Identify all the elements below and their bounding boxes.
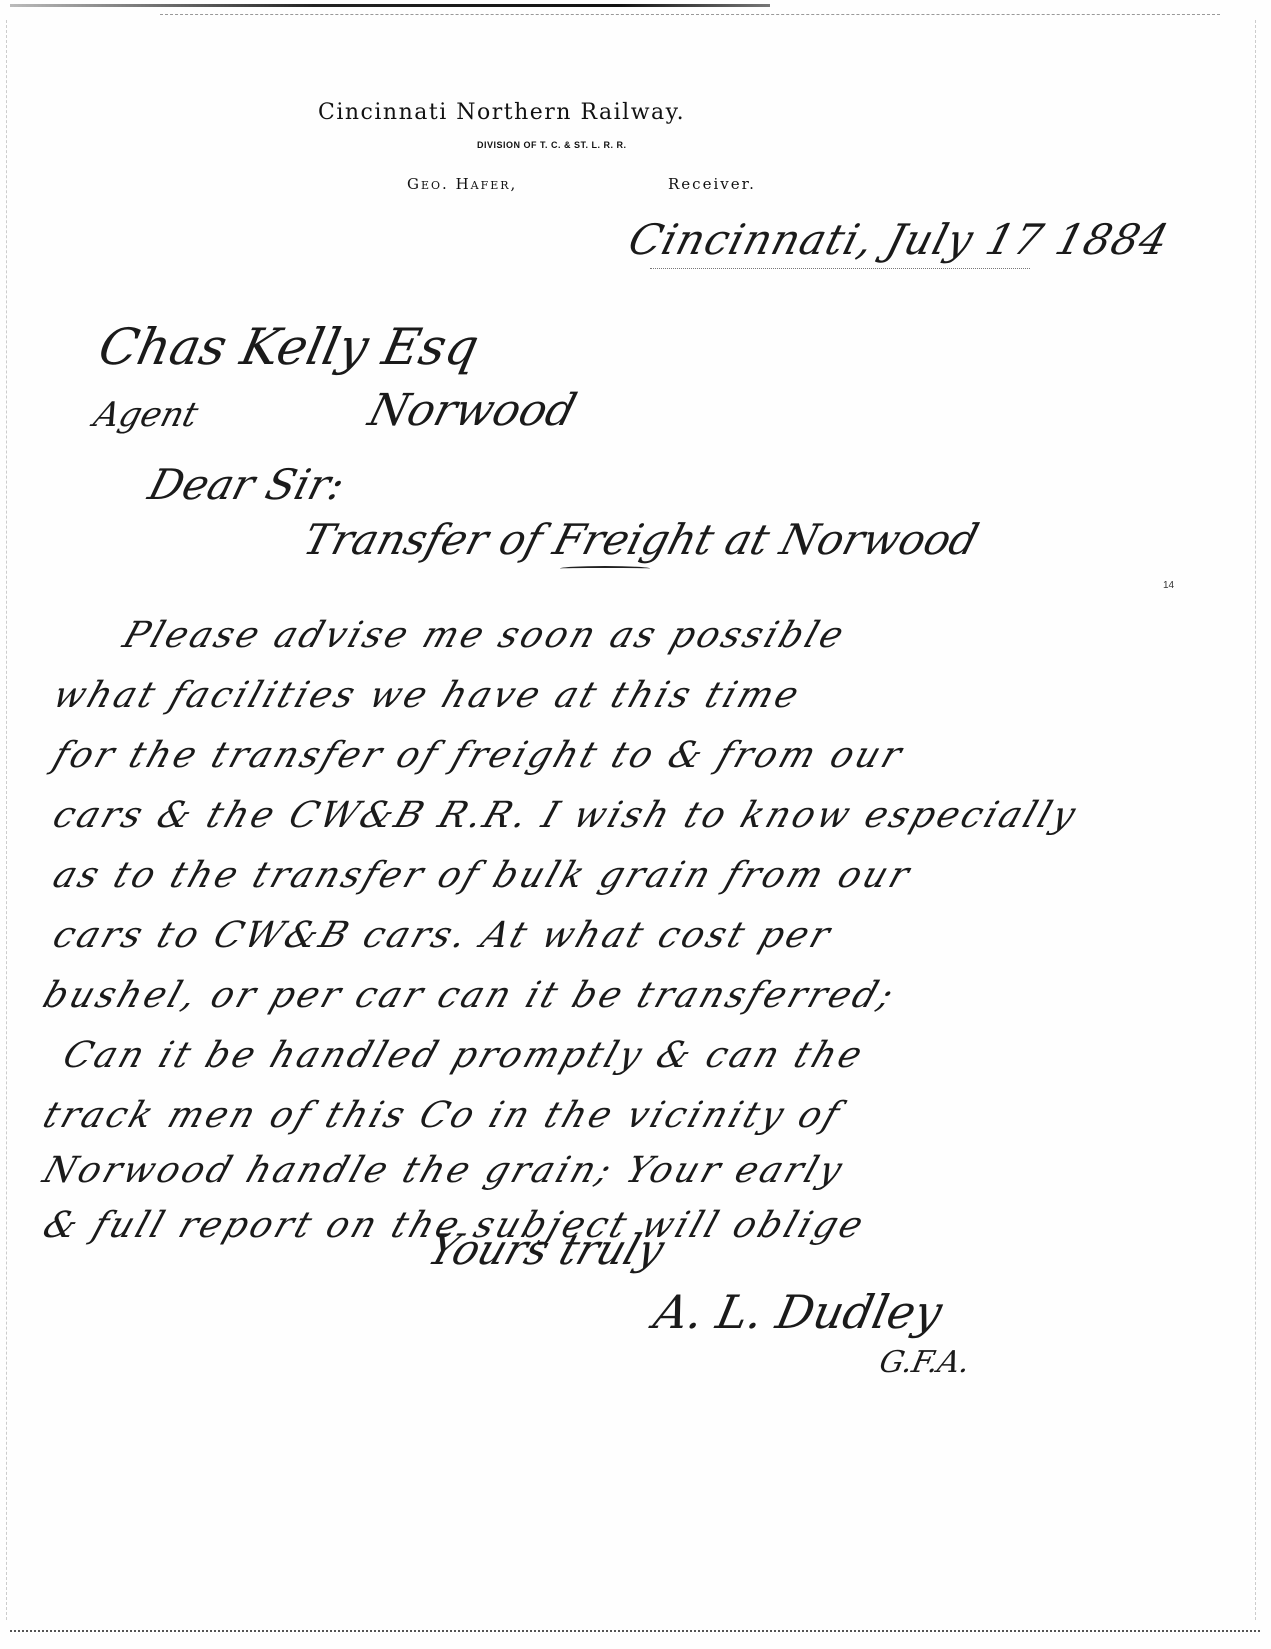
subject-underline (560, 566, 650, 571)
scan-edge-top-dashes (160, 14, 1220, 16)
body-line: cars to CW&B cars. At what cost per (48, 915, 838, 956)
letterhead-receiver-name: Geo. Hafer, (407, 175, 517, 193)
body-line: bushel, or per car can it be transferred… (38, 975, 901, 1016)
addressee: Chas Kelly Esq (94, 318, 484, 376)
letterhead-company: Cincinnati Northern Railway. (318, 100, 848, 125)
margin-mark: 14 (1163, 580, 1174, 591)
closing: Yours truly (422, 1225, 670, 1274)
letterhead-division: DIVISION OF T. C. & ST. L. R. R. (477, 140, 627, 150)
body-line: as to the transfer of bulk grain from ou… (48, 855, 917, 896)
body-line: Norwood handle the grain; Your early (38, 1150, 850, 1191)
body-line: Can it be handled promptly & can the (58, 1035, 870, 1076)
body-line: what facilities we have at this time (48, 675, 807, 716)
scan-edge-right (1255, 20, 1257, 1620)
signature: A. L. Dudley (649, 1285, 947, 1339)
body-line: Please advise me soon as possible (118, 615, 851, 656)
date-dotted-line (650, 268, 1030, 269)
subject-line: Transfer of Freight at Norwood (298, 515, 983, 564)
agent-location: Norwood (363, 385, 582, 436)
scan-edge-left (6, 20, 8, 1620)
letterhead-receiver-title: Receiver. (668, 175, 756, 193)
body-line: cars & the CW&B R.R. I wish to know espe… (48, 795, 1083, 836)
signature-title: G.F.A. (876, 1345, 973, 1380)
scan-edge-top (10, 4, 770, 7)
scan-edge-bottom (10, 1630, 1260, 1634)
body-line: for the transfer of freight to & from ou… (48, 735, 909, 776)
place-date: Cincinnati, July 17 1884 (623, 215, 1174, 264)
salutation: Dear Sir: (143, 460, 350, 509)
body-line: track men of this Co in the vicinity of (38, 1095, 847, 1136)
letter-page: Cincinnati Northern Railway. DIVISION OF… (0, 0, 1271, 1649)
agent-label: Agent (90, 395, 203, 435)
